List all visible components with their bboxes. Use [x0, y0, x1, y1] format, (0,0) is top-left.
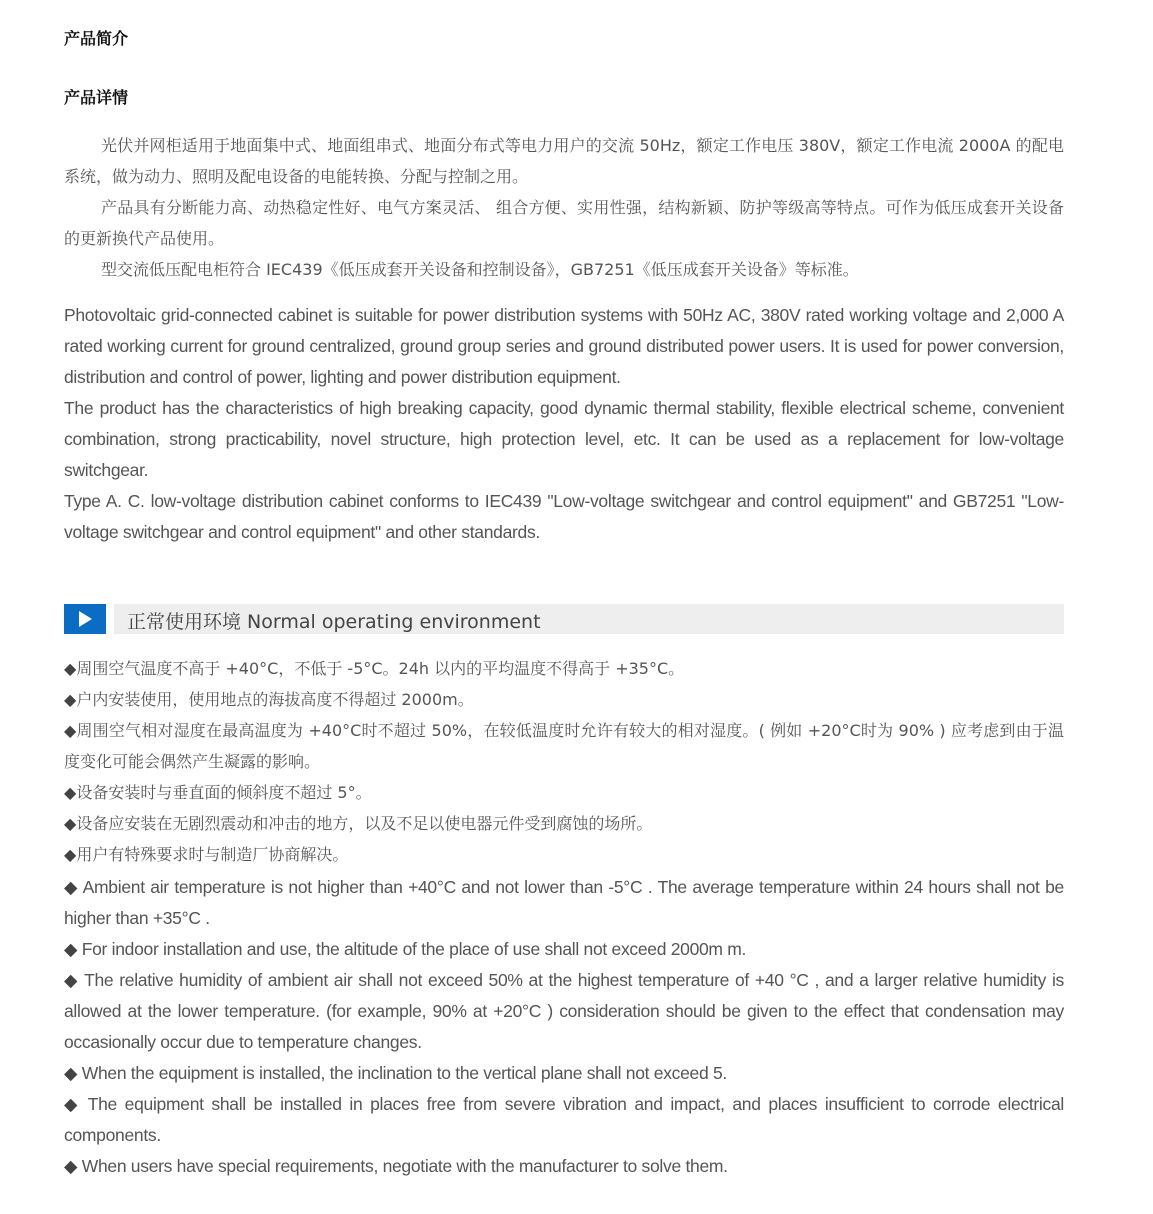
play-triangle-icon [64, 604, 106, 634]
product-intro-heading: 产品简介 [64, 26, 128, 49]
diamond-bullet-icon: ◆ [64, 1094, 80, 1114]
list-item: ◆ The relative humidity of ambient air s… [64, 965, 1064, 1058]
diamond-bullet-icon: ◆ [64, 814, 76, 833]
product-details-heading: 产品详情 [64, 85, 128, 108]
diamond-bullet-icon: ◆ [64, 845, 76, 864]
description-paragraph: 型交流低压配电柜符合 IEC439《低压成套开关设备和控制设备》，GB7251《… [64, 254, 1064, 285]
list-item: ◆ When users have special requirements, … [64, 1151, 1064, 1182]
list-item: ◆ Ambient air temperature is not higher … [64, 872, 1064, 934]
section-title-bar: 正常使用环境 Normal operating environment [114, 604, 1064, 634]
diamond-bullet-icon: ◆ [64, 970, 79, 990]
environment-list-english: ◆ Ambient air temperature is not higher … [64, 872, 1064, 1182]
diamond-bullet-icon: ◆ [64, 1063, 77, 1083]
section-header-operating-environment: 正常使用环境 Normal operating environment [64, 604, 1064, 634]
diamond-bullet-icon: ◆ [64, 659, 76, 678]
description-paragraph: 产品具有分断能力高、动热稳定性好、电气方案灵活、 组合方便、实用性强，结构新颖、… [64, 192, 1064, 254]
description-chinese: 光伏并网柜适用于地面集中式、地面组串式、地面分布式等电力用户的交流 50Hz，额… [64, 130, 1064, 285]
description-paragraph: Photovoltaic grid-connected cabinet is s… [64, 300, 1064, 393]
list-item: ◆ The equipment shall be installed in pl… [64, 1089, 1064, 1151]
list-item: ◆设备应安装在无剧烈震动和冲击的地方，以及不足以使电器元件受到腐蚀的场所。 [64, 808, 1064, 839]
diamond-bullet-icon: ◆ [64, 877, 78, 897]
diamond-bullet-icon: ◆ [64, 1156, 77, 1176]
list-item: ◆ For indoor installation and use, the a… [64, 934, 1064, 965]
list-item: ◆户内安装使用，使用地点的海拔高度不得超过 2000m。 [64, 684, 1064, 715]
list-item: ◆ When the equipment is installed, the i… [64, 1058, 1064, 1089]
diamond-bullet-icon: ◆ [64, 721, 77, 740]
diamond-bullet-icon: ◆ [64, 939, 77, 959]
list-item: ◆设备安装时与垂直面的倾斜度不超过 5°。 [64, 777, 1064, 808]
description-paragraph: Type A. C. low-voltage distribution cabi… [64, 486, 1064, 548]
list-item: ◆用户有特殊要求时与制造厂协商解决。 [64, 839, 1064, 870]
list-item: ◆周围空气温度不高于 +40°C，不低于 -5°C。24h 以内的平均温度不得高… [64, 653, 1064, 684]
section-title: 正常使用环境 Normal operating environment [127, 607, 541, 634]
environment-list-chinese: ◆周围空气温度不高于 +40°C，不低于 -5°C。24h 以内的平均温度不得高… [64, 653, 1064, 870]
description-paragraph: The product has the characteristics of h… [64, 393, 1064, 486]
list-item: ◆周围空气相对湿度在最高温度为 +40°C时不超过 50%，在较低温度时允许有较… [64, 715, 1064, 777]
diamond-bullet-icon: ◆ [64, 690, 76, 709]
description-paragraph: 光伏并网柜适用于地面集中式、地面组串式、地面分布式等电力用户的交流 50Hz，额… [64, 130, 1064, 192]
description-english: Photovoltaic grid-connected cabinet is s… [64, 300, 1064, 548]
diamond-bullet-icon: ◆ [64, 783, 76, 802]
